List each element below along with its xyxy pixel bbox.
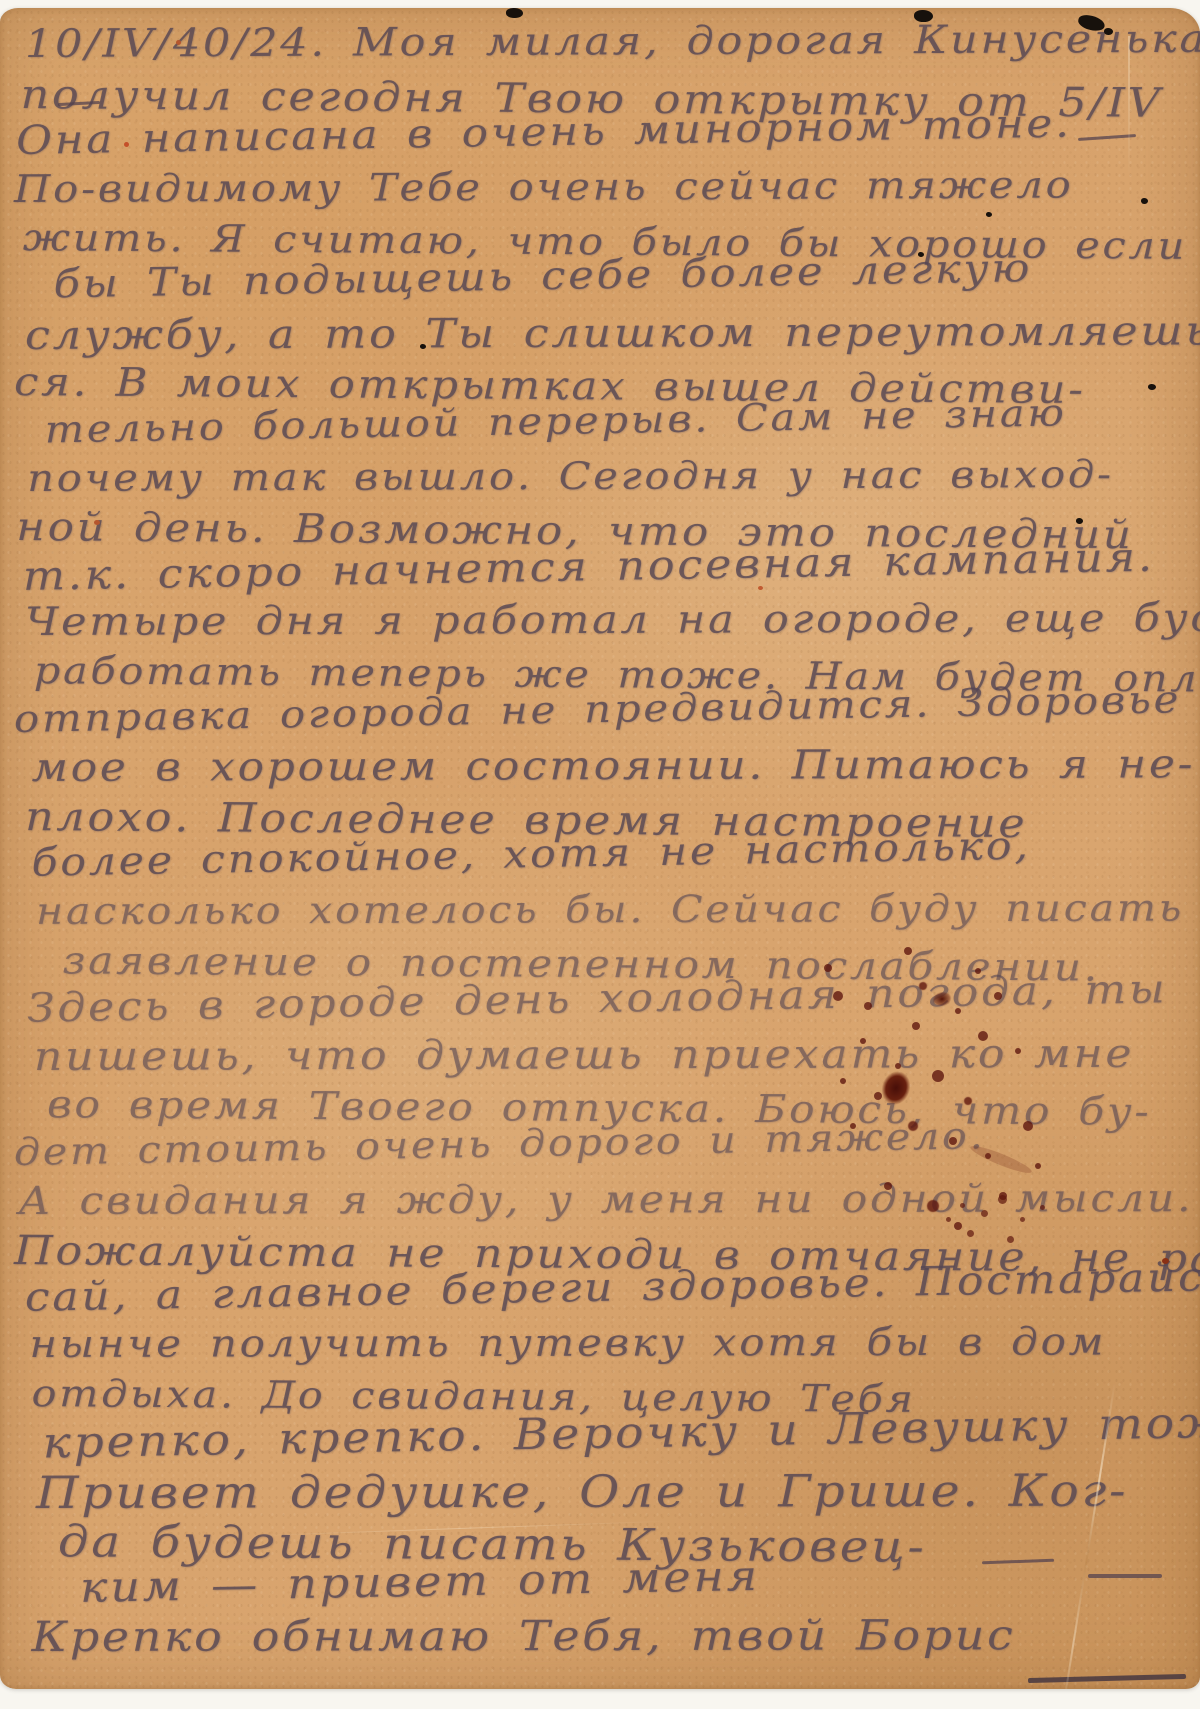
handwritten-line: Крепко обнимаю Тебя, твой Борис [14,1610,1200,1660]
handwritten-line: По-видимому Тебе очень сейчас тяжело [14,161,1200,215]
letter-paper: 10/IV/40/24. Моя милая, дорогая Кинусень… [0,8,1200,1689]
ink-speck [1148,384,1156,390]
handwritten-line: пишешь, что думаешь приехать ко мне [14,1030,1200,1082]
spatter-stain [960,1203,965,1208]
handwritten-line: насколько хотелось бы. Сейчас буду писат… [14,886,1200,938]
handwritten-line: нынче получить путевку хотя бы в дом [14,1320,1200,1371]
scan-background: 10/IV/40/24. Моя милая, дорогая Кинусень… [0,0,1200,1709]
spatter-stain [895,1063,901,1069]
ink-speck [914,10,933,22]
ink-speck [420,344,426,349]
handwritten-line: службу, а то Ты слишком переутомляешь- [14,306,1200,359]
handwritten-line: мое в хорошем состоянии. Питаюсь я не- [14,741,1200,793]
red-fleck [124,142,129,147]
ink-speck [1141,198,1148,204]
letter-body: 10/IV/40/24. Моя милая, дорогая Кинусень… [14,22,1194,1679]
handwritten-line: 10/IV/40/24. Моя милая, дорогая Кинусень… [14,16,1200,70]
handwritten-line: Привет дедушке, Оле и Грише. Ког- [14,1465,1200,1516]
handwritten-line: Четыре дня я работал на огороде, еще буд… [14,596,1200,649]
ink-speck [1104,28,1113,35]
red-fleck [1162,1258,1169,1264]
handwritten-line: А свидания я жду, у меня ни одной мысли. [14,1175,1200,1226]
dash-stroke [1088,1574,1162,1578]
ink-speck [506,8,523,18]
red-fleck [176,40,181,45]
ink-speck [986,212,992,217]
ink-speck [1076,518,1083,524]
handwritten-line: почему так вышло. Сегодня у нас выход- [14,451,1200,504]
ink-speck [918,252,924,257]
red-fleck [94,520,100,525]
red-fleck [758,586,763,590]
